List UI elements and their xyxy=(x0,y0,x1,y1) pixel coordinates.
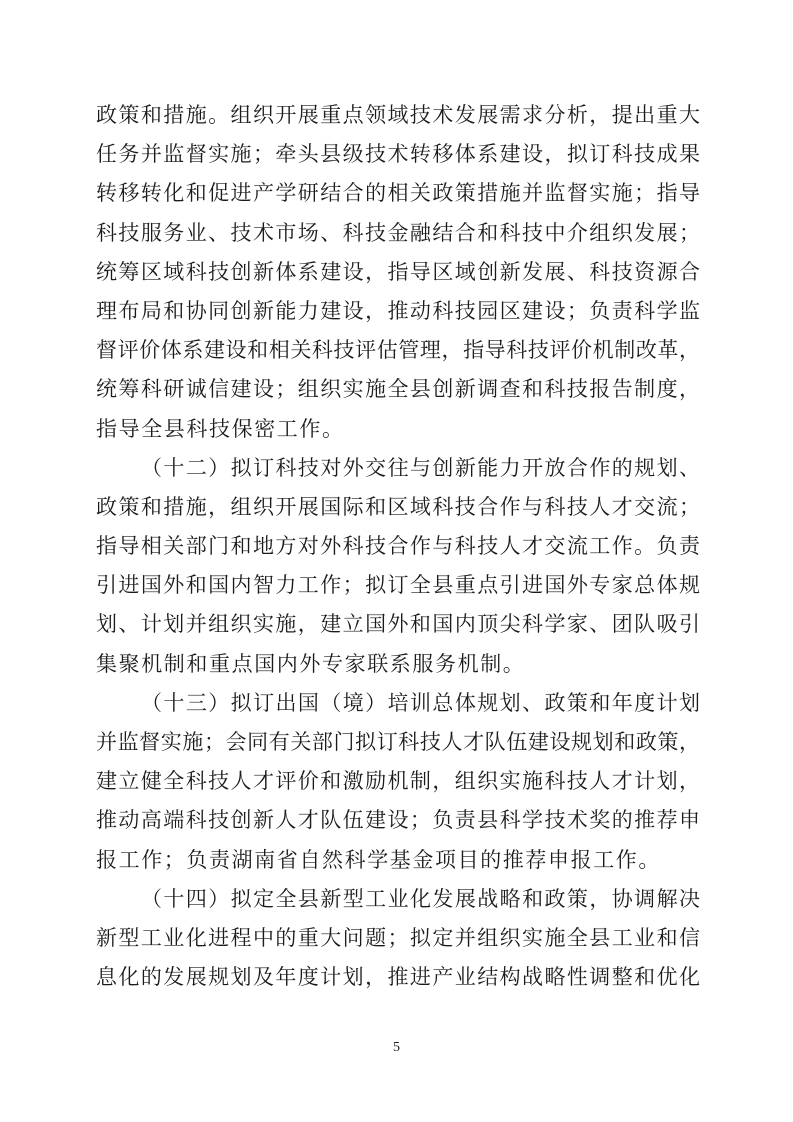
page-footer: 5 xyxy=(0,1038,793,1058)
text-line: 并监督实施；会同有关部门拟订科技人才队伍建设规划和政策， xyxy=(96,723,700,762)
paragraph: 政策和措施。组织开展重点领域技术发展需求分析，提出重大任务并监督实施；牵头县级技… xyxy=(96,96,700,449)
paragraph: （十二）拟订科技对外交往与创新能力开放合作的规划、政策和措施，组织开展国际和区域… xyxy=(96,449,700,684)
text-line: （十二）拟订科技对外交往与创新能力开放合作的规划、 xyxy=(96,449,700,488)
text-line: 集聚机制和重点国内外专家联系服务机制。 xyxy=(96,645,700,684)
text-line: 报工作；负责湖南省自然科学基金项目的推荐申报工作。 xyxy=(96,841,700,880)
text-line: 理布局和协同创新能力建设，推动科技园区建设；负责科学监 xyxy=(96,292,700,331)
page-number: 5 xyxy=(393,1040,400,1055)
text-line: 指导相关部门和地方对外科技合作与科技人才交流工作。负责 xyxy=(96,527,700,566)
text-line: 统筹区域科技创新体系建设，指导区域创新发展、科技资源合 xyxy=(96,253,700,292)
document-page: 政策和措施。组织开展重点领域技术发展需求分析，提出重大任务并监督实施；牵头县级技… xyxy=(0,0,793,1122)
text-line: 统筹科研诚信建设；组织实施全县创新调查和科技报告制度， xyxy=(96,370,700,409)
paragraph: （十四）拟定全县新型工业化发展战略和政策，协调解决新型工业化进程中的重大问题；拟… xyxy=(96,880,700,998)
text-line: （十四）拟定全县新型工业化发展战略和政策，协调解决 xyxy=(96,880,700,919)
text-line: 建立健全科技人才评价和激励机制，组织实施科技人才计划， xyxy=(96,762,700,801)
text-line: 划、计划并组织实施，建立国外和国内顶尖科学家、团队吸引 xyxy=(96,605,700,644)
text-line: 科技服务业、技术市场、科技金融结合和科技中介组织发展； xyxy=(96,214,700,253)
text-line: （十三）拟订出国（境）培训总体规划、政策和年度计划 xyxy=(96,684,700,723)
text-line: 转移转化和促进产学研结合的相关政策措施并监督实施；指导 xyxy=(96,174,700,213)
document-body: 政策和措施。组织开展重点领域技术发展需求分析，提出重大任务并监督实施；牵头县级技… xyxy=(96,96,700,997)
text-line: 督评价体系建设和相关科技评估管理，指导科技评价机制改革， xyxy=(96,331,700,370)
text-line: 息化的发展规划及年度计划，推进产业结构战略性调整和优化 xyxy=(96,958,700,997)
text-line: 新型工业化进程中的重大问题；拟定并组织实施全县工业和信 xyxy=(96,919,700,958)
text-line: 指导全县科技保密工作。 xyxy=(96,410,700,449)
text-line: 引进国外和国内智力工作；拟订全县重点引进国外专家总体规 xyxy=(96,566,700,605)
text-line: 任务并监督实施；牵头县级技术转移体系建设，拟订科技成果 xyxy=(96,135,700,174)
text-line: 政策和措施，组织开展国际和区域科技合作与科技人才交流； xyxy=(96,488,700,527)
paragraph: （十三）拟订出国（境）培训总体规划、政策和年度计划并监督实施；会同有关部门拟订科… xyxy=(96,684,700,880)
text-line: 推动高端科技创新人才队伍建设；负责县科学技术奖的推荐申 xyxy=(96,801,700,840)
text-line: 政策和措施。组织开展重点领域技术发展需求分析，提出重大 xyxy=(96,96,700,135)
